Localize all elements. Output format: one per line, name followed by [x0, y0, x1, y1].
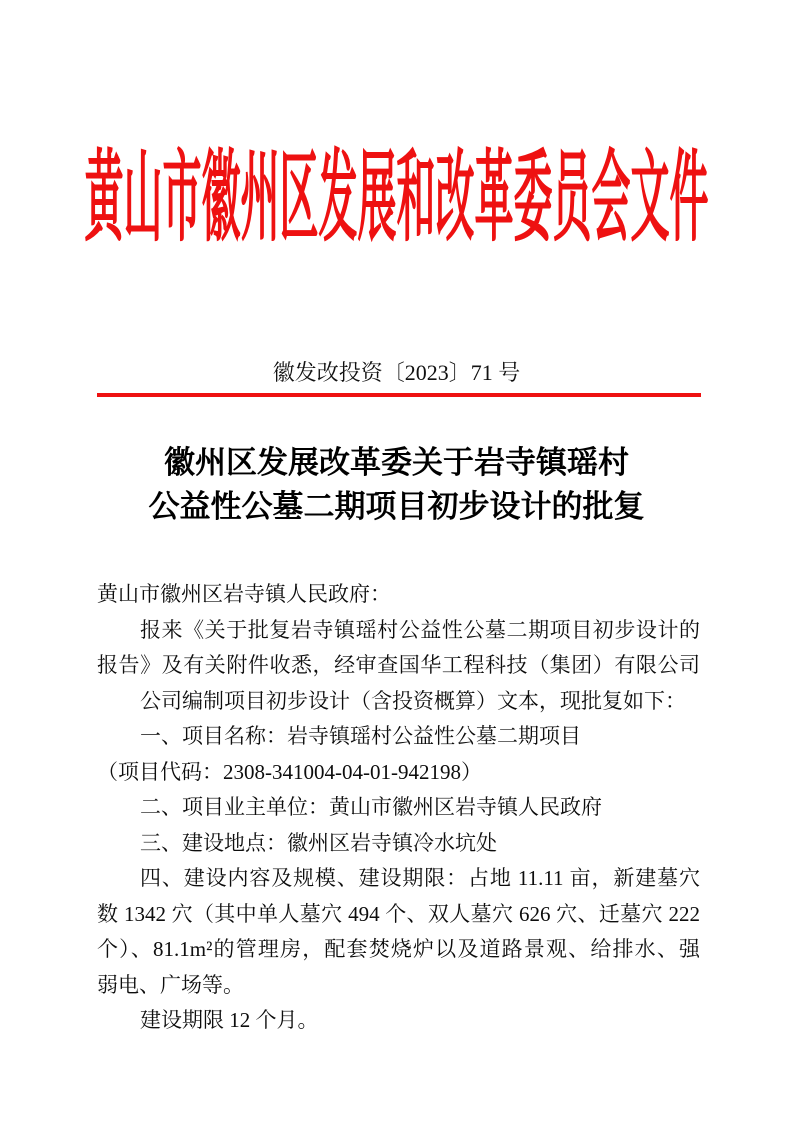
body-line-scope: 四、建设内容及规模、建设期限：占地 11.11 亩，新建墓穴	[97, 861, 700, 897]
body-line: 数 1342 穴（其中单人墓穴 494 个、双人墓穴 626 穴、迁墓穴 222	[97, 897, 700, 933]
body-line-project-name: 一、项目名称：岩寺镇瑶村公益性公墓二期项目	[97, 719, 700, 755]
body-line-project-code: （项目代码：2308-341004-04-01-942198）	[97, 755, 700, 791]
body-line: 个）、81.1m²的管理房，配套焚烧炉以及道路景观、给排水、强	[97, 932, 700, 968]
body-line: 报来《关于批复岩寺镇瑶村公益性公墓二期项目初步设计的	[97, 613, 700, 649]
body-line: 公司编制项目初步设计（含投资概算）文本，现批复如下：	[97, 684, 700, 720]
body-line-salutation: 黄山市徽州区岩寺镇人民政府：	[97, 577, 700, 613]
document-title-line-2: 公益性公墓二期项目初步设计的批复	[0, 485, 793, 529]
body-line: 弱电、广场等。	[97, 968, 700, 1004]
letterhead-title: 黄山市徽州区发展和改革委员会文件	[84, 149, 708, 248]
letterhead-banner: 黄山市徽州区发展和改革委员会文件	[0, 145, 793, 253]
document-title: 徽州区发展改革委关于岩寺镇瑶村 公益性公墓二期项目初步设计的批复	[0, 441, 793, 529]
document-body: 黄山市徽州区岩寺镇人民政府： 报来《关于批复岩寺镇瑶村公益性公墓二期项目初步设计…	[97, 577, 700, 1039]
body-line: 报告》及有关附件收悉，经审查国华工程科技（集团）有限公司	[97, 648, 700, 684]
body-line-location: 三、建设地点：徽州区岩寺镇冷水坑处	[97, 826, 700, 862]
body-line-owner-unit: 二、项目业主单位：黄山市徽州区岩寺镇人民政府	[97, 790, 700, 826]
document-reference-number: 徽发改投资〔2023〕71 号	[0, 358, 793, 388]
body-line-duration: 建设期限 12 个月。	[97, 1003, 700, 1039]
red-separator-rule	[97, 393, 701, 397]
document-title-line-1: 徽州区发展改革委关于岩寺镇瑶村	[0, 441, 793, 485]
document-page: 黄山市徽州区发展和改革委员会文件 徽发改投资〔2023〕71 号 徽州区发展改革…	[0, 0, 793, 1122]
